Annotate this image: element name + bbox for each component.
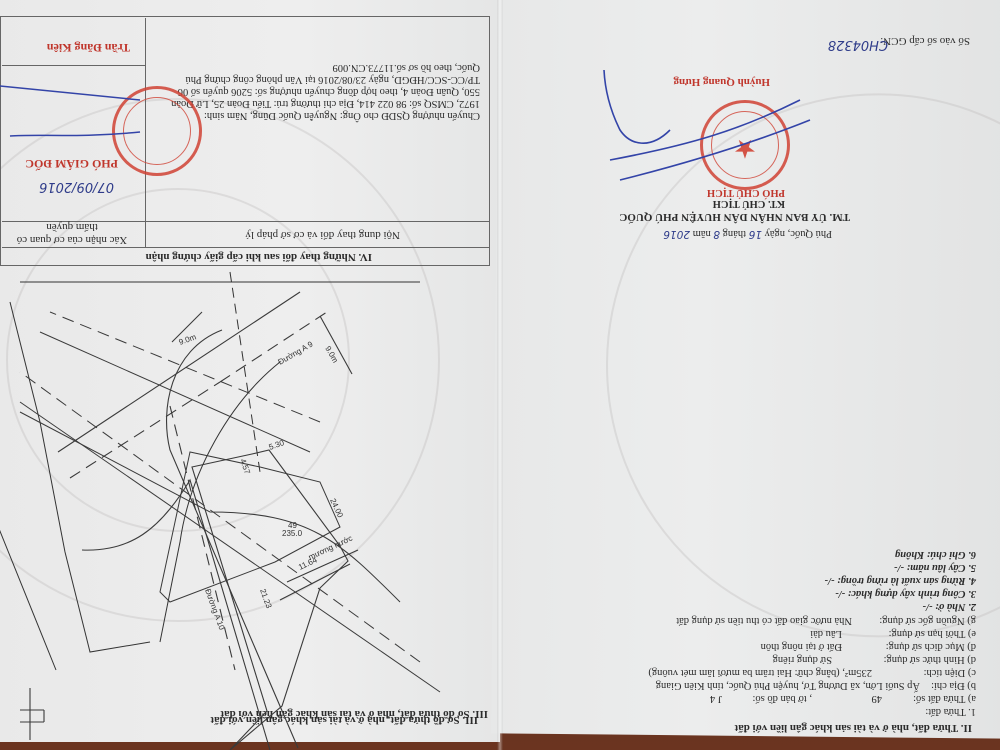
edge-4-57: 4.57 — [238, 458, 252, 476]
land-parcel-diagram: 9.0m Đường A 9 Đường A 10 5.30 4.57 24.0… — [0, 290, 460, 750]
registry-number: CH04328 — [828, 38, 888, 51]
issue-date: Phú Quốc, ngày 16 tháng 8 năm 2016 — [663, 227, 832, 241]
road-a10-label: Đường A 10 — [203, 588, 226, 632]
parcel-area: 235.0 — [282, 529, 303, 538]
land-heading: 1. Thửa đất: — [925, 705, 976, 718]
usage-purpose-label: đ) Mục đích sử dụng: — [886, 640, 976, 653]
certificate-photo: III. Sơ đồ thửa đất, nhà ở và tài sản kh… — [0, 0, 1000, 750]
edge-21-23: 21.23 — [258, 588, 273, 610]
usage-term-value: Lâu dài — [810, 627, 842, 640]
signer-name: Huỳnh Quang Hưng — [674, 76, 770, 89]
section-ii-heading: II. Thửa đất, nhà ở và tài sản khác gắn … — [735, 722, 972, 735]
authority-title: TM. ỦY BAN NHÂN DÂN HUYỆN PHÚ QUỐC — [619, 211, 850, 224]
usage-form-label: d) Hình thức sử dụng: — [884, 653, 976, 666]
area-label: c) Diện tích: — [924, 666, 976, 679]
address-value: Ấp Suối Lớn, xã Dương Tơ, huyện Phú Quốc… — [656, 679, 920, 692]
confirm-divider — [2, 65, 146, 66]
edge-24-00: 24.00 — [328, 497, 345, 519]
area-value: 235m², (bằng chữ: Hai trăm ba mươi lăm m… — [648, 666, 872, 679]
col-confirm-header: Xác nhận của cơ quan có thẩm quyền — [6, 221, 138, 246]
house-item: 2. Nhà ở: -/- — [923, 600, 976, 613]
map-sheet-label: , tờ bản đồ số: — [752, 692, 812, 705]
usage-purpose-value: Đất ở tại nông thôn — [761, 640, 842, 653]
production-forest-item: 4. Rừng sản xuất là rừng trồng: -/- — [825, 574, 976, 587]
road-a9-label: Đường A 9 — [277, 339, 315, 366]
other-construction-item: 3. Công trình xây dựng khác: -/- — [835, 587, 976, 600]
usage-term-label: e) Thời hạn sử dụng: — [889, 627, 976, 640]
confirm-date: 07/09/2016 — [39, 180, 114, 193]
registry-label: Số vào sổ cấp GCN: — [880, 35, 970, 48]
signature-scribble — [580, 70, 820, 190]
parcel-number-value: 49 — [872, 692, 883, 705]
perennial-tree-item: 5. Cây lâu năm: -/- — [894, 561, 976, 574]
usage-form-value: Sử dụng riêng — [773, 653, 832, 666]
road-a10-width: 9.0m — [178, 332, 198, 347]
parcel-number-label: a) Thửa đất số: — [913, 692, 976, 705]
signature-line — [0, 76, 160, 156]
notes-item: 6. Ghi chú: Không — [895, 548, 976, 561]
usage-origin-value: Nhà nước giao đất có thu tiền sử dụng đấ… — [676, 614, 852, 627]
col-change-header: Nội dung thay đổi và cơ sở pháp lý — [245, 229, 400, 242]
on-behalf-title: KT. CHỦ TỊCH — [713, 197, 785, 210]
page-fold — [497, 0, 503, 750]
edge-5-30: 5.30 — [268, 438, 286, 452]
confirm-name: Trần Đăng Kiên — [47, 42, 130, 55]
drain-label: mương nước — [307, 534, 354, 562]
address-label: b) Địa chỉ: — [931, 679, 976, 692]
usage-origin-label: g) Nguồn gốc sử dụng: — [879, 614, 976, 627]
confirm-title: PHÓ GIÁM ĐỐC — [25, 158, 118, 171]
section-iv-heading: IV. Những thay đổi sau khi cấp giấy chứn… — [146, 251, 372, 264]
section-iv-table: IV. Những thay đổi sau khi cấp giấy chứn… — [0, 16, 490, 266]
map-sheet-value: J 4 — [710, 692, 722, 705]
